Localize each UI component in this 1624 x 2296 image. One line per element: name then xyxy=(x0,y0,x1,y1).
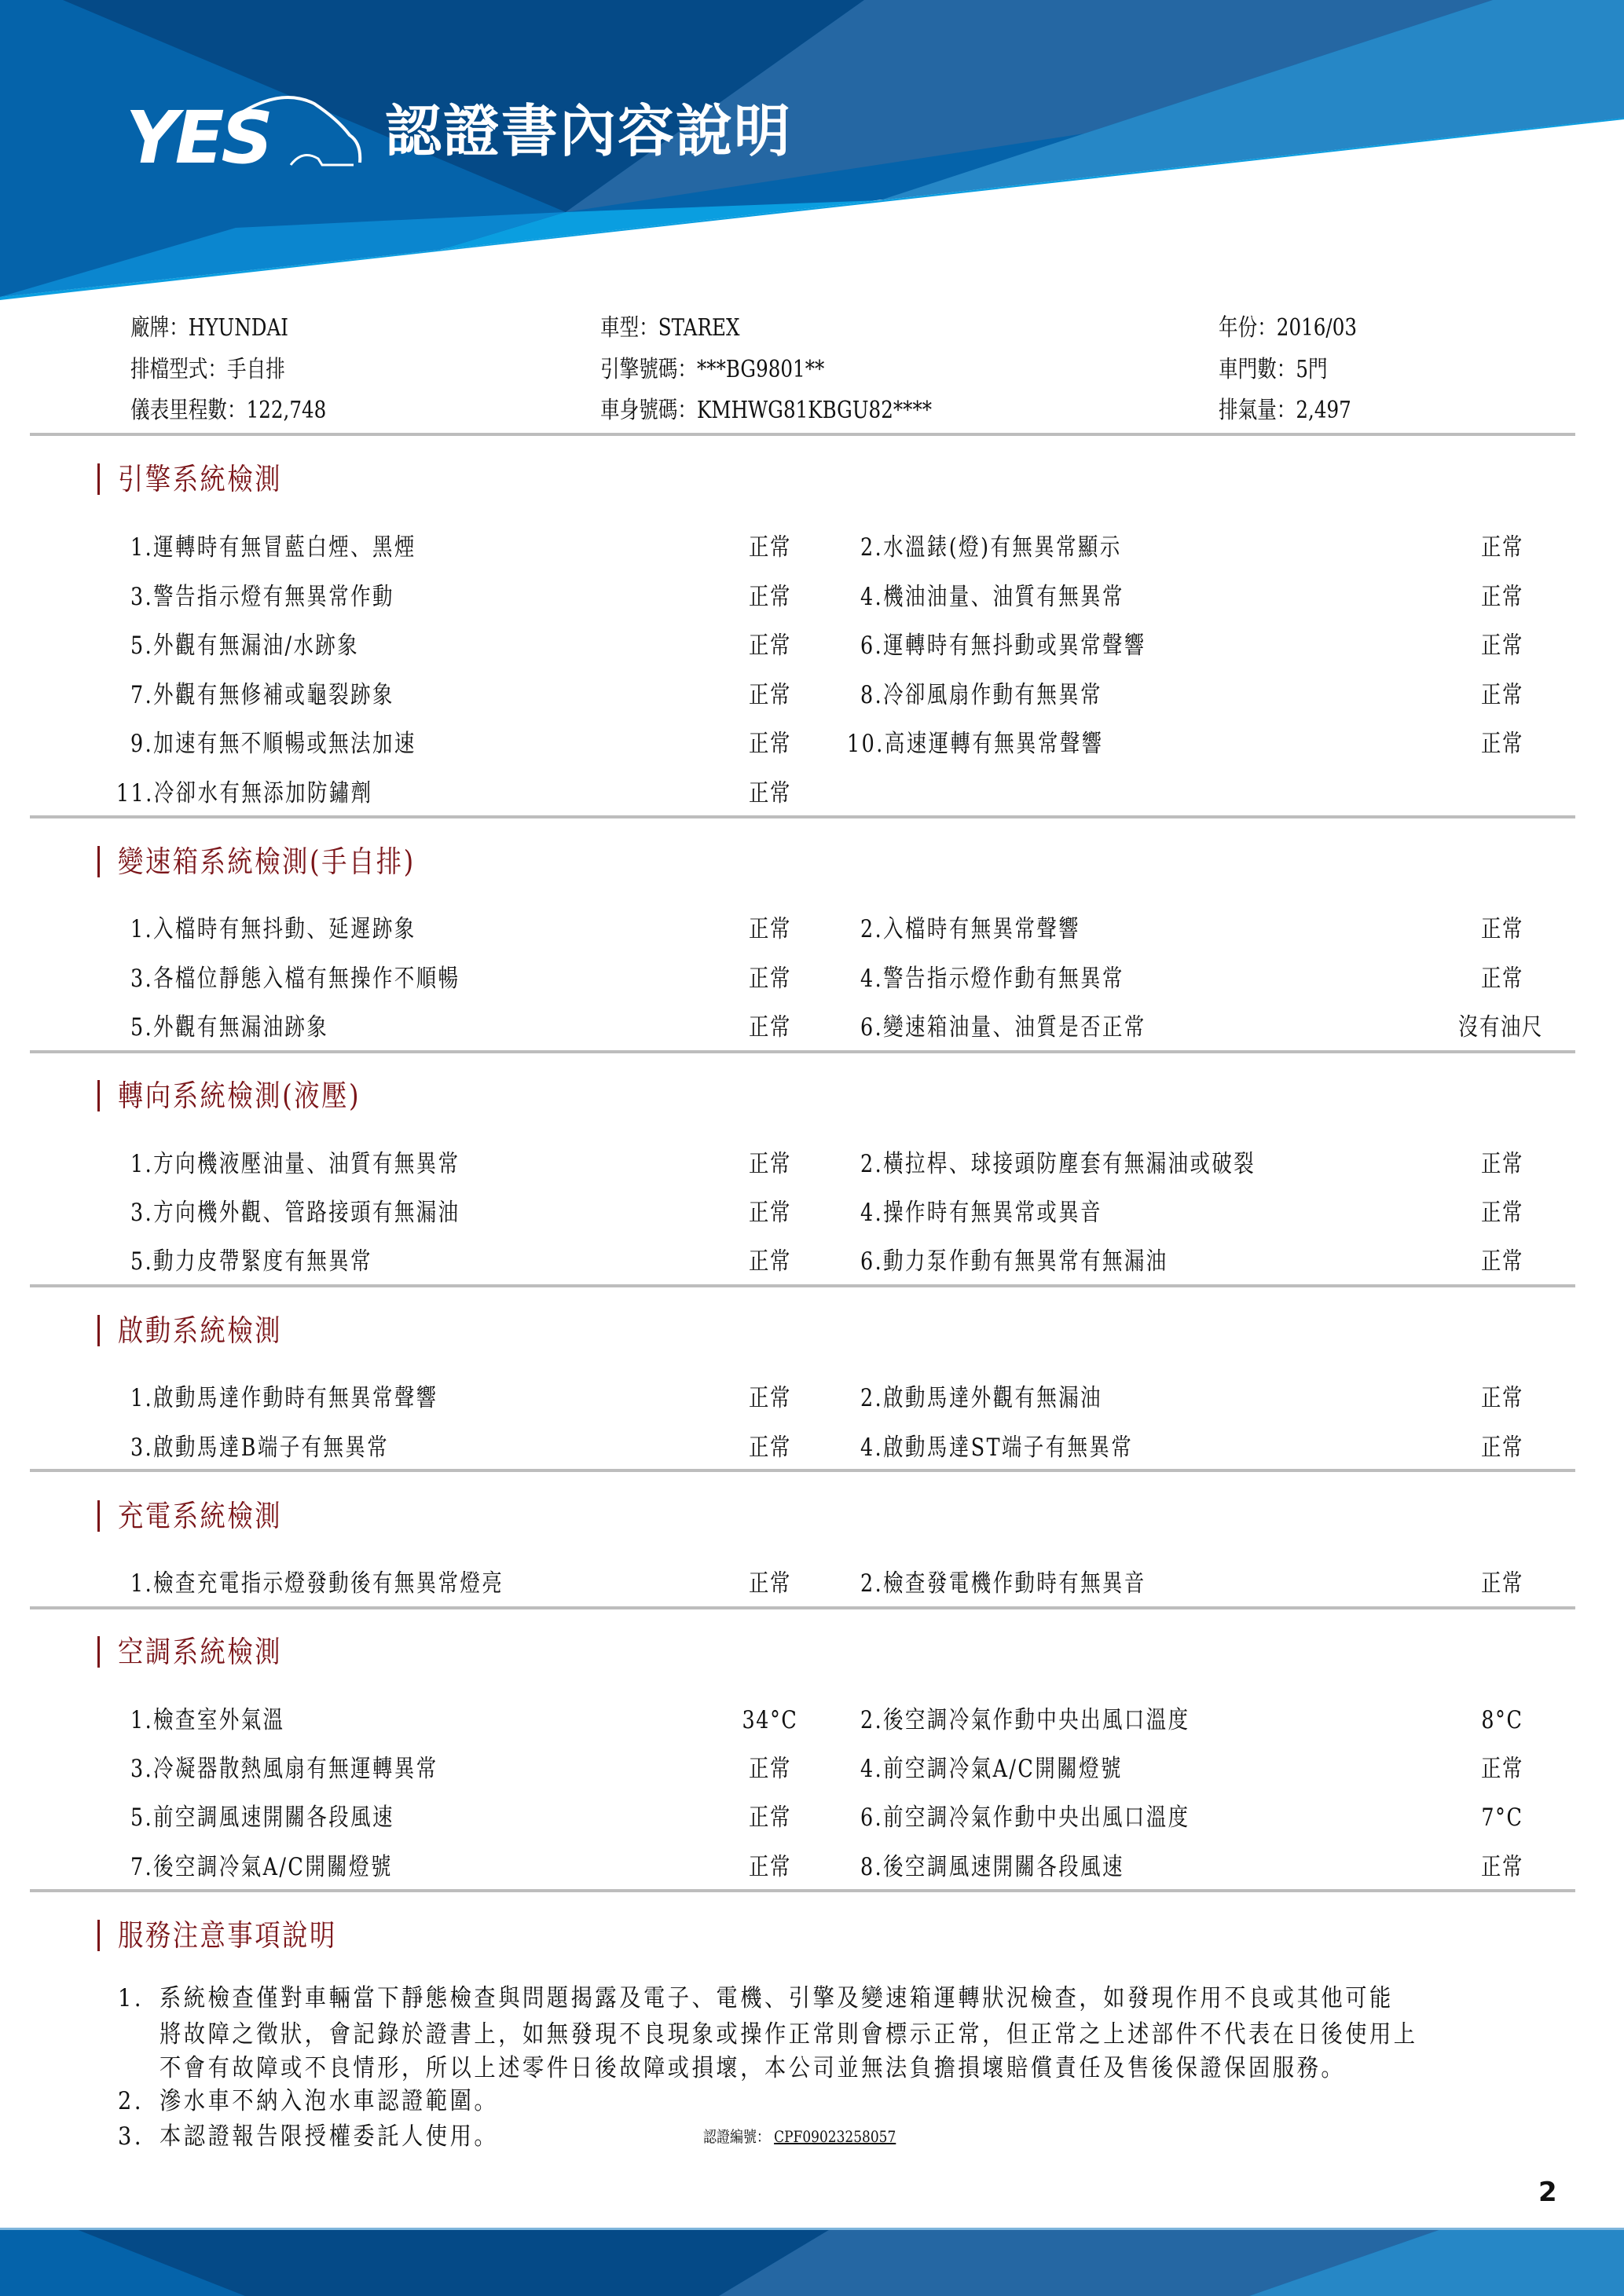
check-item: 6.運轉時有無抖動或異常聲響 xyxy=(860,630,1146,661)
check-result: 正常 xyxy=(1464,532,1541,563)
check-item: 1.方向機液壓油量、油質有無異常 xyxy=(130,1148,460,1180)
check-item: 5.前空調風速開關各段風速 xyxy=(130,1802,394,1833)
section-bar xyxy=(97,1080,100,1111)
check-result: 正常 xyxy=(1464,1753,1541,1785)
section-bar xyxy=(97,1636,100,1668)
check-item: 3.啟動馬達B端子有無異常 xyxy=(130,1432,389,1463)
check-item: 4.啟動馬達ST端子有無異常 xyxy=(860,1432,1133,1463)
section-bar xyxy=(97,1920,100,1951)
check-item: 8.冷卻風扇作動有無異常 xyxy=(860,679,1102,711)
check-item: 1.檢查充電指示燈發動後有無異常燈亮 xyxy=(130,1568,504,1599)
check-result: 正常 xyxy=(731,532,808,563)
section-title: 引擎系統檢測 xyxy=(118,460,282,498)
check-result: 正常 xyxy=(1464,1382,1541,1414)
check-item: 2.後空調冷氣作動中央出風口溫度 xyxy=(860,1705,1190,1736)
check-result: 正常 xyxy=(1464,914,1541,945)
section-bar xyxy=(97,1500,100,1532)
note-number: 2. xyxy=(118,2085,144,2117)
note-text: 本認證報告限授權委託人使用。 xyxy=(159,2121,498,2152)
check-item: 8.後空調風速開關各段風速 xyxy=(860,1851,1124,1883)
check-result: 正常 xyxy=(731,630,808,661)
check-item: 1.啟動馬達作動時有無異常聲響 xyxy=(130,1382,438,1414)
check-result: 正常 xyxy=(731,1753,808,1785)
check-item: 3.冷凝器散熱風扇有無運轉異常 xyxy=(130,1753,438,1785)
separator xyxy=(30,1469,1575,1472)
separator xyxy=(30,1050,1575,1053)
check-item: 3.警告指示燈有無異常作動 xyxy=(130,581,394,613)
info-year: 年份：2016/03 xyxy=(1219,313,1357,344)
check-item: 1.入檔時有無抖動、延遲跡象 xyxy=(130,914,416,945)
check-item: 5.外觀有無漏油跡象 xyxy=(130,1012,328,1043)
check-item: 11.冷卻水有無添加防鏽劑 xyxy=(116,778,373,809)
check-result: 正常 xyxy=(731,1568,808,1599)
separator xyxy=(30,1606,1575,1609)
check-item: 4.操作時有無異常或異音 xyxy=(860,1197,1102,1229)
check-item: 4.前空調冷氣A/C開關燈號 xyxy=(860,1753,1123,1785)
separator xyxy=(30,815,1575,818)
section-title: 空調系統檢測 xyxy=(118,1633,282,1671)
check-result: 正常 xyxy=(731,1432,808,1463)
check-result: 正常 xyxy=(1464,728,1541,760)
check-result: 正常 xyxy=(1464,1568,1541,1599)
check-result: 正常 xyxy=(731,1246,808,1277)
page-number: 2 xyxy=(1538,2177,1557,2208)
check-item: 2.檢查發電機作動時有無異音 xyxy=(860,1568,1146,1599)
info-displacement: 排氣量：2,497 xyxy=(1219,395,1351,427)
separator xyxy=(30,1889,1575,1892)
check-item: 2.啟動馬達外觀有無漏油 xyxy=(860,1382,1102,1414)
check-result: 正常 xyxy=(731,581,808,613)
check-result: 正常 xyxy=(1464,1851,1541,1883)
check-item: 7.外觀有無修補或龜裂跡象 xyxy=(130,679,394,711)
info-brand: 廠牌：HYUNDAI xyxy=(130,313,288,344)
check-result: 7°C xyxy=(1464,1802,1541,1833)
check-result: 正常 xyxy=(731,914,808,945)
info-door-count: 車門數：5門 xyxy=(1219,354,1328,386)
check-result: 正常 xyxy=(731,1148,808,1180)
certificate-number-value: CPF09023258057 xyxy=(770,2127,900,2146)
separator xyxy=(30,1284,1575,1287)
check-result: 8°C xyxy=(1464,1705,1541,1736)
note-text: 系統檢查僅對車輛當下靜態檢查與問題揭露及電子、電機、引擎及變速箱運轉狀況檢查，如… xyxy=(159,1983,1394,2014)
check-item: 6.變速箱油量、油質是否正常 xyxy=(860,1012,1146,1043)
check-item: 6.動力泵作動有無異常有無漏油 xyxy=(860,1246,1168,1277)
check-result: 正常 xyxy=(731,728,808,760)
footer-banner xyxy=(0,2228,1624,2296)
info-model: 車型：STAREX xyxy=(600,313,739,344)
section-bar xyxy=(97,463,100,495)
svg-text:YES: YES xyxy=(126,96,270,174)
note-number: 3. xyxy=(118,2121,144,2152)
certificate-number: 認證編號：CPF09023258057 xyxy=(703,2126,900,2147)
check-result: 正常 xyxy=(731,679,808,711)
section-title: 轉向系統檢測(液壓) xyxy=(118,1077,361,1115)
note-number: 1. xyxy=(118,1983,144,2014)
check-result: 正常 xyxy=(1464,630,1541,661)
yes-logo-icon: YES xyxy=(126,88,369,174)
check-result: 正常 xyxy=(1464,679,1541,711)
check-result: 正常 xyxy=(731,1382,808,1414)
check-item: 2.水溫錶(燈)有無異常顯示 xyxy=(860,532,1122,563)
check-item: 7.後空調冷氣A/C開關燈號 xyxy=(130,1851,393,1883)
info-vin: 車身號碼：KMHWG81KBGU82**** xyxy=(600,395,932,427)
section-bar xyxy=(97,1315,100,1346)
check-item: 1.運轉時有無冒藍白煙、黑煙 xyxy=(130,532,416,563)
section-title: 充電系統檢測 xyxy=(118,1497,282,1535)
check-result: 正常 xyxy=(731,778,808,809)
note-text: 將故障之徵狀，會記錄於證書上，如無發現不良現象或操作正常則會標示正常，但正常之上… xyxy=(159,2019,1418,2050)
info-transmission-type: 排檔型式：手自排 xyxy=(130,354,285,386)
check-result: 正常 xyxy=(1464,963,1541,994)
check-result: 34°C xyxy=(731,1705,808,1736)
section-title: 變速箱系統檢測(手自排) xyxy=(118,843,416,881)
check-item: 6.前空調冷氣作動中央出風口溫度 xyxy=(860,1802,1190,1833)
check-item: 4.警告指示燈作動有無異常 xyxy=(860,963,1124,994)
section-bar xyxy=(97,846,100,877)
section-title: 服務注意事項說明 xyxy=(118,1917,337,1954)
info-mileage: 儀表里程數：122,748 xyxy=(130,395,326,427)
check-item: 1.檢查室外氣溫 xyxy=(130,1705,284,1736)
separator xyxy=(30,433,1575,436)
check-item: 3.方向機外觀、管路接頭有無漏油 xyxy=(130,1197,460,1229)
check-item: 2.入檔時有無異常聲響 xyxy=(860,914,1080,945)
check-result: 正常 xyxy=(1464,1148,1541,1180)
check-item: 5.動力皮帶緊度有無異常 xyxy=(130,1246,372,1277)
check-result: 正常 xyxy=(1464,1246,1541,1277)
check-result: 正常 xyxy=(1464,581,1541,613)
check-result: 正常 xyxy=(731,1851,808,1883)
check-result: 正常 xyxy=(731,1802,808,1833)
check-item: 3.各檔位靜態入檔有無操作不順暢 xyxy=(130,963,460,994)
check-result: 沒有油尺 xyxy=(1449,1012,1552,1043)
document-title: 認證書內容說明 xyxy=(385,96,792,167)
check-result: 正常 xyxy=(731,1197,808,1229)
check-item: 10.高速運轉有無異常聲響 xyxy=(847,728,1104,760)
check-result: 正常 xyxy=(731,963,808,994)
check-item: 9.加速有無不順暢或無法加速 xyxy=(130,728,416,760)
note-text: 不會有故障或不良情形，所以上述零件日後故障或損壞，本公司並無法負擔損壞賠償責任及… xyxy=(159,2052,1345,2084)
check-item: 4.機油油量、油質有無異常 xyxy=(860,581,1124,613)
check-result: 正常 xyxy=(1464,1197,1541,1229)
info-engine-number: 引擎號碼：***BG9801** xyxy=(600,354,824,386)
check-result: 正常 xyxy=(1464,1432,1541,1463)
section-title: 啟動系統檢測 xyxy=(118,1312,282,1349)
note-text: 滲水車不納入泡水車認證範圍。 xyxy=(159,2085,498,2117)
check-result: 正常 xyxy=(731,1012,808,1043)
check-item: 2.橫拉桿、球接頭防塵套有無漏油或破裂 xyxy=(860,1148,1256,1180)
check-item: 5.外觀有無漏油/水跡象 xyxy=(130,630,359,661)
